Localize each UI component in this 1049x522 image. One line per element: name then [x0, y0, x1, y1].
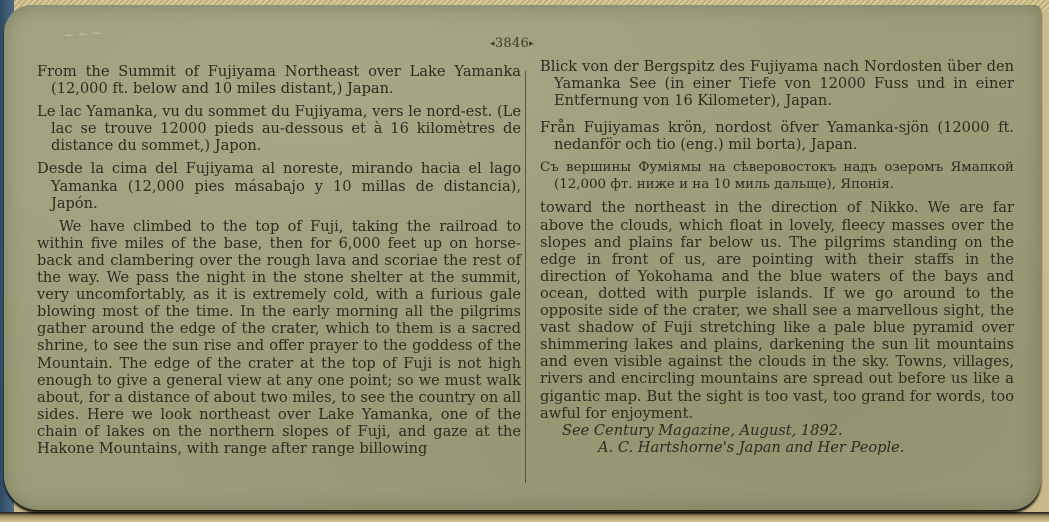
- caption-english: From the Summit of Fujiyama Northeast ov…: [37, 63, 521, 97]
- caption-spanish: Desde la cima del Fujiyama al noreste, m…: [37, 160, 521, 211]
- caption-french: Le lac Yamanka, vu du sommet du Fujiyama…: [37, 103, 521, 154]
- card-number-value: 3846: [495, 36, 529, 51]
- citation-hartshorne: A. C. Hartshorne's Japan and Her People.: [540, 439, 1014, 456]
- right-column: Blick von der Bergspitz des Fujiyama nac…: [540, 58, 1014, 456]
- ornament-right-icon: ▸: [529, 39, 534, 49]
- description-part-2: toward the northeast in the direction of…: [540, 199, 1014, 421]
- card-number: ◂3846▸: [490, 36, 534, 51]
- backdrop-bottom-edge: [0, 512, 1049, 522]
- pencil-mark: ~ ~ ~: [64, 26, 103, 43]
- caption-swedish: Från Fujiyamas krön, nordost öfver Yaman…: [540, 119, 1014, 153]
- description-part-1: We have climbed to the top of Fuji, taki…: [37, 218, 521, 457]
- caption-russian: Съ вершины Фуміямы на сѣверовостокъ надъ…: [540, 159, 1014, 193]
- stereoview-card-back: ~ ~ ~ ◂3846▸ From the Summit of Fujiyama…: [4, 5, 1041, 510]
- citation-century-magazine: See Century Magazine, August, 1892.: [540, 422, 1014, 439]
- caption-german: Blick von der Bergspitz des Fujiyama nac…: [540, 58, 1014, 109]
- left-column: From the Summit of Fujiyama Northeast ov…: [37, 63, 521, 457]
- column-divider: [525, 71, 526, 483]
